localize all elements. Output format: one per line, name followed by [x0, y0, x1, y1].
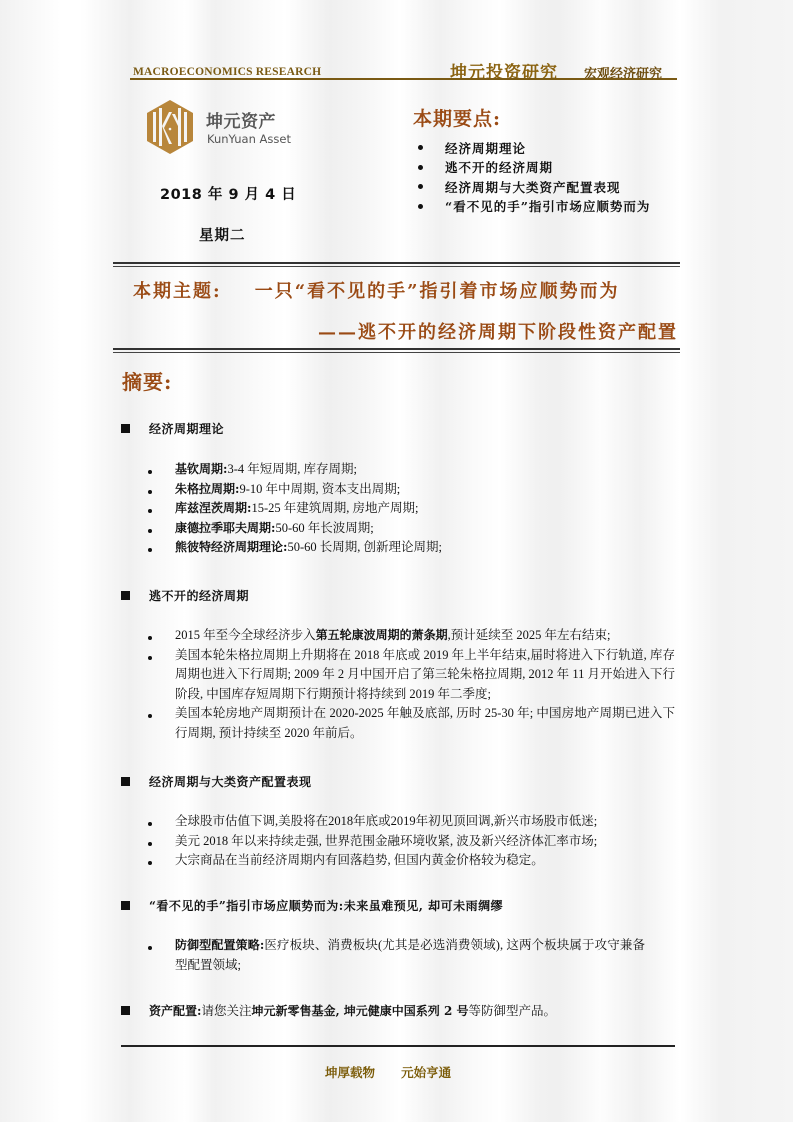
inescapable-cycle-list: 2015 年至今全球经济步入第五轮康波周期的萧条期,预计延续至 2025 年左右…	[148, 626, 675, 743]
list-item: 防御型配置策略:医疗板块、消费板块(尤其是必选消费领域), 这两个板块属于攻守兼…	[148, 936, 645, 975]
bullet-icon	[148, 861, 152, 865]
list-item: 2015 年至今全球经济步入第五轮康波周期的萧条期,预计延续至 2025 年左右…	[148, 626, 675, 646]
asset-allocation-recommendation: 资产配置: 请您关注 坤元新零售基金, 坤元健康中国系列 2 号 等防御型产品。	[121, 1001, 556, 1019]
list-item: 全球股市估值下调,美股将在2018年底或2019年初见顶回调,新兴市场股市低迷;	[148, 812, 675, 832]
cycle-theory-list: 基钦周期:3-4 年短周期, 库存周期; 朱格拉周期:9-10 年中周期, 资本…	[148, 460, 675, 558]
list-item: 库兹涅茨周期:15-25 年建筑周期, 房地产周期;	[148, 499, 675, 519]
bullet-icon	[148, 470, 152, 474]
bullet-icon	[148, 656, 152, 660]
section-heading-cycle-theory: 经济周期理论	[121, 420, 224, 437]
square-bullet-icon	[121, 591, 130, 600]
square-bullet-icon	[121, 777, 130, 786]
square-bullet-icon	[121, 424, 130, 433]
key-points-title: 本期要点:	[413, 104, 501, 131]
bullet-icon	[148, 548, 152, 552]
section-heading-invisible-hand: “看不见的手”指引市场应顺势而为:未来虽难预见, 却可未雨绸缪	[121, 897, 503, 914]
bullet-icon	[148, 842, 152, 846]
report-weekday: 星期二	[199, 224, 246, 245]
key-points-list: 经济周期理论 逃不开的经济周期 经济周期与大类资产配置表现 “看不见的手”指引市…	[418, 138, 650, 216]
bullet-icon	[418, 184, 423, 189]
bullet-icon	[418, 145, 423, 150]
list-item: 朱格拉周期:9-10 年中周期, 资本支出周期;	[148, 480, 675, 500]
list-item: 美元 2018 年以来持续走强, 世界范围金融环境收紧, 波及新兴经济体汇率市场…	[148, 832, 675, 852]
defensive-strategy-list: 防御型配置策略:医疗板块、消费板块(尤其是必选消费领域), 这两个板块属于攻守兼…	[148, 936, 645, 975]
theme-top-divider	[113, 262, 680, 267]
key-point-item: 经济周期理论	[418, 138, 650, 158]
bullet-icon	[418, 204, 423, 209]
section-heading-inescapable-cycle: 逃不开的经济周期	[121, 587, 249, 604]
footer-divider	[121, 1045, 675, 1047]
report-date: 2018 年 9 月 4 日	[160, 183, 296, 204]
square-bullet-icon	[121, 901, 130, 910]
recommended-products: 坤元新零售基金, 坤元健康中国系列 2 号	[251, 1002, 468, 1019]
list-item: 大宗商品在当前经济周期内有回落趋势, 但国内黄金价格较为稳定。	[148, 851, 675, 871]
logo-name-en: KunYuan Asset	[207, 132, 291, 146]
key-point-item: 经济周期与大类资产配置表现	[418, 177, 650, 197]
theme-headline: 一只“看不见的手”指引着市场应顺势而为	[255, 281, 620, 302]
bullet-icon	[148, 946, 152, 950]
square-bullet-icon	[121, 1006, 130, 1015]
bullet-icon	[418, 165, 423, 170]
bullet-icon	[148, 529, 152, 533]
header-divider	[130, 78, 677, 80]
header-macro-research-label: MACROECONOMICS RESEARCH	[133, 66, 321, 78]
list-item: 基钦周期:3-4 年短周期, 库存周期;	[148, 460, 675, 480]
theme-label: 本期主题:	[133, 281, 222, 302]
bullet-icon	[148, 714, 152, 718]
list-item: 康德拉季耶夫周期:50-60 年长波周期;	[148, 519, 675, 539]
list-item: 美国本轮朱格拉周期上升期将在 2018 年底或 2019 年上半年结束,届时将进…	[148, 646, 675, 705]
bullet-icon	[148, 509, 152, 513]
theme-subtitle: ——逃不开的经济周期下阶段性资产配置	[318, 318, 678, 344]
bullet-icon	[148, 636, 152, 640]
allocation-label: 资产配置:	[149, 1002, 201, 1019]
key-point-item: 逃不开的经济周期	[418, 158, 650, 178]
list-item: 熊彼特经济周期理论:50-60 长周期, 创新理论周期;	[148, 538, 675, 558]
theme-line-1: 本期主题: 一只“看不见的手”指引着市场应顺势而为	[133, 277, 619, 303]
bullet-icon	[148, 822, 152, 826]
bullet-icon	[148, 490, 152, 494]
section-heading-asset-allocation-performance: 经济周期与大类资产配置表现	[121, 773, 312, 790]
key-point-item: “看不见的手”指引市场应顺势而为	[418, 197, 650, 217]
theme-bottom-divider	[113, 348, 680, 353]
logo-name-cn: 坤元资产	[206, 107, 276, 132]
list-item: 美国本轮房地产周期预计在 2020-2025 年触及底部, 历时 25-30 年…	[148, 704, 675, 743]
summary-title: 摘要:	[122, 366, 172, 395]
kunyuan-logo-icon	[147, 100, 193, 154]
footer-motto: 坤厚载物 元始亨通	[325, 1063, 451, 1081]
asset-performance-list: 全球股市估值下调,美股将在2018年底或2019年初见顶回调,新兴市场股市低迷;…	[148, 812, 675, 871]
